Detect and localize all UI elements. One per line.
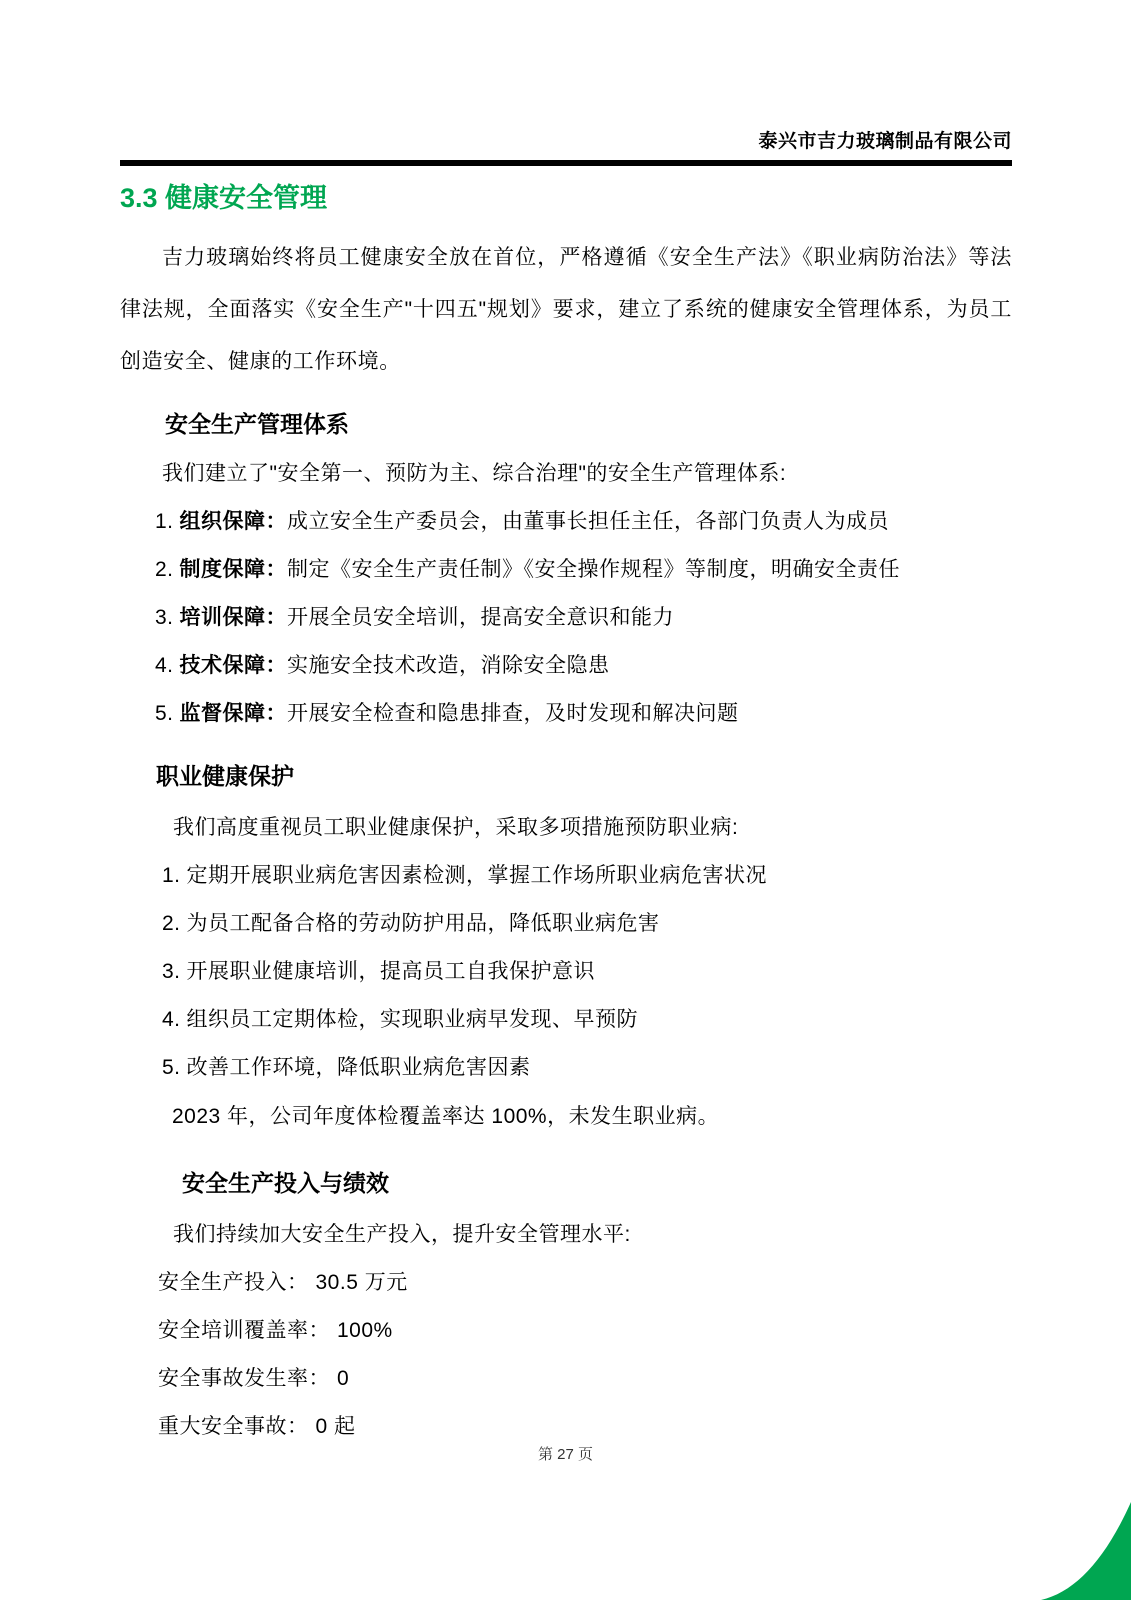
- list-item: 5.改善工作环境，降低职业病危害因素: [162, 1057, 1012, 1079]
- metric-line: 安全事故发生率：0: [158, 1368, 1012, 1390]
- item-number: 1.: [155, 510, 174, 533]
- metric-value: 0: [337, 1367, 349, 1390]
- document-page: 泰兴市吉力玻璃制品有限公司 3.3 健康安全管理 吉力玻璃始终将员工健康安全放在…: [0, 0, 1131, 1600]
- item-text: 开展安全检查和隐患排查，及时发现和解决问题: [287, 702, 739, 725]
- section-intro: 我们建立了"安全第一、预防为主、综合治理"的安全生产管理体系:: [162, 463, 1012, 485]
- corner-decoration: [1041, 1502, 1131, 1600]
- page-title: 3.3 健康安全管理: [120, 182, 1012, 214]
- metric-label: 重大安全事故：: [158, 1415, 309, 1438]
- item-label: 监督保障：: [180, 702, 288, 725]
- item-number: 4.: [155, 654, 174, 677]
- metric-line: 安全生产投入：30.5 万元: [158, 1272, 1012, 1294]
- list-item: 2.为员工配备合格的劳动防护用品，降低职业病危害: [162, 913, 1012, 935]
- item-text: 制定《安全生产责任制》《安全操作规程》等制度，明确安全责任: [287, 558, 900, 581]
- metric-value: 30.5 万元: [316, 1271, 408, 1294]
- metric-label: 安全培训覆盖率：: [158, 1319, 330, 1342]
- item-number: 1.: [162, 864, 181, 887]
- section-intro: 我们持续加大安全生产投入，提升安全管理水平:: [173, 1224, 1012, 1246]
- item-label: 技术保障：: [180, 654, 288, 677]
- item-text: 组织员工定期体检，实现职业病早发现、早预防: [187, 1008, 639, 1031]
- item-number: 5.: [155, 702, 174, 725]
- item-text: 成立安全生产委员会，由董事长担任主任，各部门负责人为成员: [287, 510, 889, 533]
- section-intro: 我们高度重视员工职业健康保护，采取多项措施预防职业病:: [173, 817, 1012, 839]
- header-company-name: 泰兴市吉力玻璃制品有限公司: [120, 0, 1012, 153]
- section-heading: 职业健康保护: [156, 761, 1012, 791]
- list-item: 3.培训保障：开展全员安全培训，提高安全意识和能力: [155, 607, 1012, 629]
- item-text: 为员工配备合格的劳动防护用品，降低职业病危害: [187, 912, 660, 935]
- section-heading: 安全生产管理体系: [165, 409, 1012, 439]
- metric-value: 100%: [337, 1319, 393, 1342]
- metric-value: 0 起: [316, 1415, 356, 1438]
- item-label: 制度保障：: [180, 558, 288, 581]
- section-safety-management-system: 安全生产管理体系 我们建立了"安全第一、预防为主、综合治理"的安全生产管理体系:…: [120, 409, 1012, 725]
- metric-label: 安全生产投入：: [158, 1271, 309, 1294]
- section-safety-investment: 安全生产投入与绩效 我们持续加大安全生产投入，提升安全管理水平: 安全生产投入：…: [120, 1168, 1012, 1438]
- header-rule: [120, 160, 1012, 166]
- item-number: 5.: [162, 1056, 181, 1079]
- item-text: 实施安全技术改造，消除安全隐患: [287, 654, 610, 677]
- page-content: 泰兴市吉力玻璃制品有限公司 3.3 健康安全管理 吉力玻璃始终将员工健康安全放在…: [0, 0, 1131, 1438]
- item-label: 培训保障：: [180, 606, 288, 629]
- list-item: 4.技术保障：实施安全技术改造，消除安全隐患: [155, 655, 1012, 677]
- section-note: 2023 年，公司年度体检覆盖率达 100%，未发生职业病。: [172, 1106, 1012, 1128]
- item-number: 4.: [162, 1008, 181, 1031]
- item-text: 定期开展职业病危害因素检测，掌握工作场所职业病危害状况: [187, 864, 768, 887]
- item-text: 改善工作环境，降低职业病危害因素: [187, 1056, 531, 1079]
- lead-paragraph: 吉力玻璃始终将员工健康安全放在首位，严格遵循《安全生产法》《职业病防治法》等法律…: [120, 232, 1012, 388]
- metric-line: 重大安全事故：0 起: [158, 1416, 1012, 1438]
- item-text: 开展全员安全培训，提高安全意识和能力: [287, 606, 674, 629]
- metric-line: 安全培训覆盖率：100%: [158, 1320, 1012, 1342]
- list-item: 3.开展职业健康培训，提高员工自我保护意识: [162, 961, 1012, 983]
- list-item: 1.定期开展职业病危害因素检测，掌握工作场所职业病危害状况: [162, 865, 1012, 887]
- item-number: 3.: [155, 606, 174, 629]
- section-heading: 安全生产投入与绩效: [182, 1168, 1012, 1198]
- list-item: 5.监督保障：开展安全检查和隐患排查，及时发现和解决问题: [155, 703, 1012, 725]
- item-number: 3.: [162, 960, 181, 983]
- item-number: 2.: [155, 558, 174, 581]
- page-number: 第 27 页: [0, 1443, 1131, 1464]
- item-text: 开展职业健康培训，提高员工自我保护意识: [187, 960, 596, 983]
- item-number: 2.: [162, 912, 181, 935]
- list-item: 1.组织保障：成立安全生产委员会，由董事长担任主任，各部门负责人为成员: [155, 511, 1012, 533]
- metric-label: 安全事故发生率：: [158, 1367, 330, 1390]
- list-item: 2.制度保障：制定《安全生产责任制》《安全操作规程》等制度，明确安全责任: [155, 559, 1012, 581]
- item-label: 组织保障：: [180, 510, 288, 533]
- section-occupational-health: 职业健康保护 我们高度重视员工职业健康保护，采取多项措施预防职业病: 1.定期开…: [120, 761, 1012, 1128]
- list-item: 4.组织员工定期体检，实现职业病早发现、早预防: [162, 1009, 1012, 1031]
